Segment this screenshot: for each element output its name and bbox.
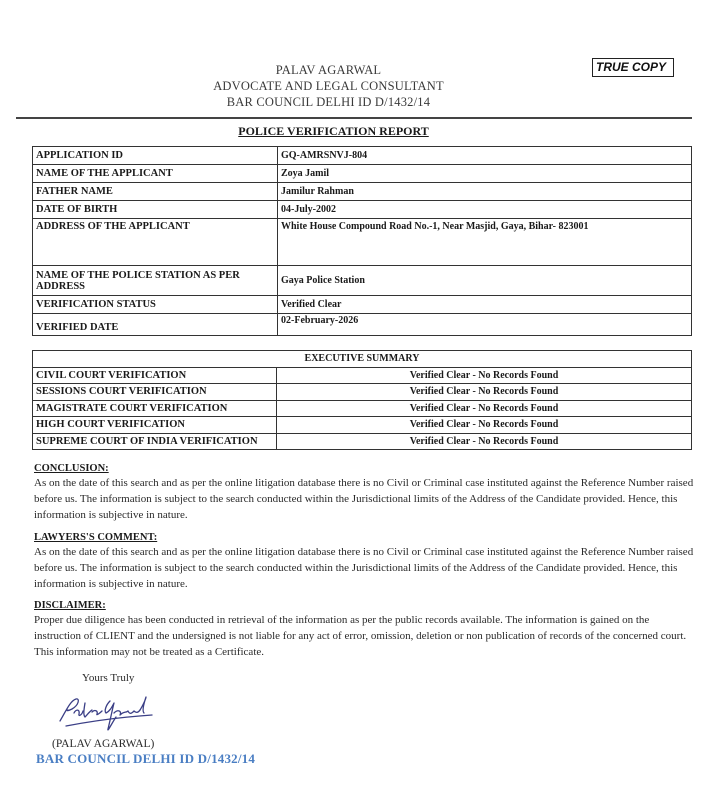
court-label: CIVIL COURT VERIFICATION (33, 367, 277, 384)
field-value: White House Compound Road No.-1, Near Ma… (278, 219, 692, 266)
field-value: 04-July-2002 (278, 201, 692, 219)
court-result: Verified Clear - No Records Found (277, 433, 692, 450)
advocate-title: ADVOCATE AND LEGAL CONSULTANT (0, 78, 727, 94)
table-row: APPLICATION IDGQ-AMRSNVJ-804 (33, 147, 692, 165)
disclaimer-section: DISCLAIMER: Proper due diligence has bee… (34, 599, 694, 660)
court-result: Verified Clear - No Records Found (277, 384, 692, 401)
table-row: CIVIL COURT VERIFICATIONVerified Clear -… (33, 367, 692, 384)
table-row: SESSIONS COURT VERIFICATIONVerified Clea… (33, 384, 692, 401)
lawyers-comment-text: As on the date of this search and as per… (34, 544, 694, 592)
field-label: VERIFICATION STATUS (33, 296, 278, 314)
field-value: GQ-AMRSNVJ-804 (278, 147, 692, 165)
executive-summary-table: EXECUTIVE SUMMARY CIVIL COURT VERIFICATI… (32, 350, 692, 450)
field-value: Zoya Jamil (278, 165, 692, 183)
field-label: NAME OF THE APPLICANT (33, 165, 278, 183)
table-row: VERIFICATION STATUSVerified Clear (33, 296, 692, 314)
true-copy-stamp: TRUE COPY (592, 58, 674, 77)
table-row: SUPREME COURT OF INDIA VERIFICATIONVerif… (33, 433, 692, 450)
conclusion-heading: CONCLUSION: (34, 462, 694, 475)
header-divider (16, 117, 692, 119)
court-label: MAGISTRATE COURT VERIFICATION (33, 400, 277, 417)
table-row: ADDRESS OF THE APPLICANTWhite House Comp… (33, 219, 692, 266)
table-row: FATHER NAMEJamilur Rahman (33, 183, 692, 201)
table-row: NAME OF THE APPLICANTZoya Jamil (33, 165, 692, 183)
court-label: HIGH COURT VERIFICATION (33, 417, 277, 434)
table-row: VERIFIED DATE02-February-2026 (33, 314, 692, 336)
field-label: ADDRESS OF THE APPLICANT (33, 219, 278, 266)
field-label: DATE OF BIRTH (33, 201, 278, 219)
signatory-name: (PALAV AGARWAL) (52, 738, 154, 750)
report-title: POLICE VERIFICATION REPORT (0, 124, 697, 139)
court-result: Verified Clear - No Records Found (277, 367, 692, 384)
table-row: NAME OF THE POLICE STATION AS PER ADDRES… (33, 266, 692, 296)
disclaimer-heading: DISCLAIMER: (34, 599, 694, 612)
signature-icon (52, 693, 162, 735)
field-value: Jamilur Rahman (278, 183, 692, 201)
table-row: HIGH COURT VERIFICATIONVerified Clear - … (33, 417, 692, 434)
field-value: Verified Clear (278, 296, 692, 314)
details-table: APPLICATION IDGQ-AMRSNVJ-804 NAME OF THE… (32, 146, 692, 336)
conclusion-section: CONCLUSION: As on the date of this searc… (34, 462, 694, 523)
court-result: Verified Clear - No Records Found (277, 417, 692, 434)
court-result: Verified Clear - No Records Found (277, 400, 692, 417)
field-value: 02-February-2026 (278, 314, 692, 336)
field-value: Gaya Police Station (278, 266, 692, 296)
summary-heading: EXECUTIVE SUMMARY (33, 351, 692, 368)
court-label: SUPREME COURT OF INDIA VERIFICATION (33, 433, 277, 450)
field-label: NAME OF THE POLICE STATION AS PER ADDRES… (33, 266, 278, 296)
conclusion-text: As on the date of this search and as per… (34, 475, 694, 523)
court-label: SESSIONS COURT VERIFICATION (33, 384, 277, 401)
lawyers-comment-section: LAWYERS'S COMMENT: As on the date of thi… (34, 531, 694, 592)
table-row: MAGISTRATE COURT VERIFICATIONVerified Cl… (33, 400, 692, 417)
disclaimer-text: Proper due diligence has been conducted … (34, 612, 694, 660)
table-row: DATE OF BIRTH04-July-2002 (33, 201, 692, 219)
bar-council-id: BAR COUNCIL DELHI ID D/1432/14 (0, 94, 727, 110)
field-label: FATHER NAME (33, 183, 278, 201)
table-header-row: EXECUTIVE SUMMARY (33, 351, 692, 368)
field-label: APPLICATION ID (33, 147, 278, 165)
field-label: VERIFIED DATE (33, 314, 278, 336)
closing-text: Yours Truly (82, 672, 134, 684)
footer-bar-council-id: BAR COUNCIL DELHI ID D/1432/14 (36, 751, 255, 767)
lawyers-comment-heading: LAWYERS'S COMMENT: (34, 531, 694, 544)
